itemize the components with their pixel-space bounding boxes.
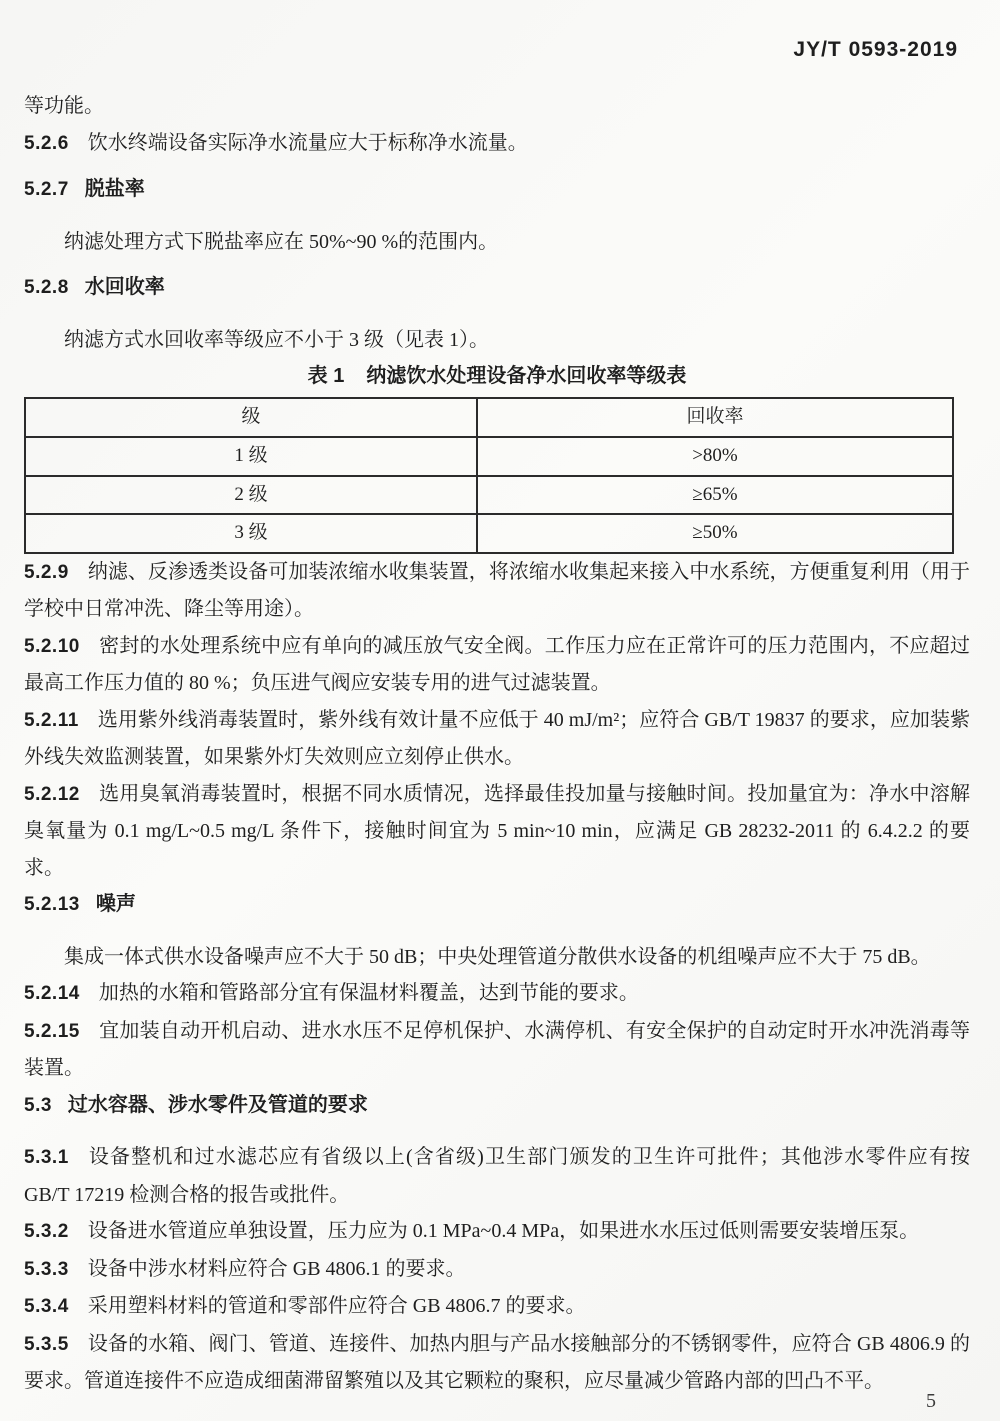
clause-number: 5.3.4 bbox=[24, 1296, 69, 1317]
cell-level-2: 2 级 bbox=[25, 476, 477, 515]
heading-text: 水回收率 bbox=[85, 276, 165, 298]
heading-text: 噪声 bbox=[96, 893, 136, 915]
page-number: 5 bbox=[926, 1383, 936, 1420]
clause-5-2-15: 5.2.15宜加装自动开机启动、进水水压不足停机保护、水满停机、有安全保护的自动… bbox=[24, 1013, 970, 1087]
clause-number: 5.2.6 bbox=[24, 133, 69, 154]
clause-5-3-1: 5.3.1设备整机和过水滤芯应有省级以上(含省级)卫生部门颁发的卫生许可批件；其… bbox=[24, 1139, 970, 1213]
clause-5-2-10: 5.2.10密封的水处理系统中应有单向的减压放气安全阀。工作压力应在正常许可的压… bbox=[24, 628, 970, 702]
heading-5-2-8: 5.2.8水回收率 bbox=[24, 269, 970, 307]
clause-number: 5.2.13 bbox=[24, 894, 80, 915]
clause-5-2-6: 5.2.6饮水终端设备实际净水流量应大于标称净水流量。 bbox=[24, 125, 970, 163]
clause-text: 选用臭氧消毒装置时，根据不同水质情况，选择最佳投加量与接触时间。投加量宜为：净水… bbox=[24, 783, 970, 879]
clause-number: 5.3.3 bbox=[24, 1259, 69, 1280]
cell-rate-1: >80% bbox=[477, 437, 953, 476]
table-1-title: 表 1纳滤饮水处理设备净水回收率等级表 bbox=[24, 364, 970, 388]
heading-5-2-7: 5.2.7脱盐率 bbox=[24, 171, 970, 209]
clause-text: 设备整机和过水滤芯应有省级以上(含省级)卫生部门颁发的卫生许可批件；其他涉水零件… bbox=[24, 1146, 970, 1206]
table-1: 级 回收率 1 级 >80% 2 级 ≥65% 3 级 ≥50% bbox=[24, 397, 954, 554]
clause-number: 5.3.5 bbox=[24, 1334, 69, 1355]
clause-text: 设备进水管道应单独设置，压力应为 0.1 MPa~0.4 MPa，如果进水水压过… bbox=[88, 1220, 919, 1242]
document-page: JY/T 0593-2019 等功能。 5.2.6饮水终端设备实际净水流量应大于… bbox=[0, 0, 1000, 1421]
clause-text: 纳滤、反渗透类设备可加装浓缩水收集装置，将浓缩水收集起来接入中水系统，方便重复利… bbox=[24, 561, 970, 621]
table-title-text: 纳滤饮水处理设备净水回收率等级表 bbox=[366, 365, 686, 387]
clause-5-3-5: 5.3.5设备的水箱、阀门、管道、连接件、加热内胆与产品水接触部分的不锈钢零件，… bbox=[24, 1326, 970, 1400]
clause-number: 5.3.1 bbox=[24, 1147, 69, 1168]
clause-text: 选用紫外线消毒装置时，紫外线有效计量不应低于 40 mJ/m²；应符合 GB/T… bbox=[24, 709, 970, 769]
paragraph-5-2-13: 集成一体式供水设备噪声应不大于 50 dB；中央处理管道分散供水设备的机组噪声应… bbox=[24, 939, 970, 976]
clause-5-3-4: 5.3.4采用塑料材料的管道和零部件应符合 GB 4806.7 的要求。 bbox=[24, 1288, 970, 1326]
clause-number: 5.2.9 bbox=[24, 562, 69, 583]
clause-number: 5.3 bbox=[24, 1095, 52, 1116]
cell-level-1: 1 级 bbox=[25, 437, 477, 476]
heading-5-3: 5.3过水容器、涉水零件及管道的要求 bbox=[24, 1087, 970, 1125]
clause-text: 宜加装自动开机启动、进水水压不足停机保护、水满停机、有安全保护的自动定时开水冲洗… bbox=[24, 1020, 970, 1080]
table-row: 2 级 ≥65% bbox=[25, 476, 953, 515]
clause-number: 5.2.14 bbox=[24, 983, 80, 1004]
clause-number: 5.2.11 bbox=[24, 710, 79, 731]
column-header-level: 级 bbox=[25, 398, 477, 437]
table-label: 表 1 bbox=[308, 365, 345, 387]
cell-level-3: 3 级 bbox=[25, 514, 477, 553]
clause-text: 饮水终端设备实际净水流量应大于标称净水流量。 bbox=[88, 132, 528, 154]
clause-5-2-11: 5.2.11选用紫外线消毒装置时，紫外线有效计量不应低于 40 mJ/m²；应符… bbox=[24, 702, 970, 776]
cell-rate-2: ≥65% bbox=[477, 476, 953, 515]
clause-text: 设备中涉水材料应符合 GB 4806.1 的要求。 bbox=[88, 1258, 466, 1280]
heading-text: 过水容器、涉水零件及管道的要求 bbox=[68, 1094, 368, 1116]
clause-number: 5.2.10 bbox=[24, 636, 80, 657]
table-row: 3 级 ≥50% bbox=[25, 514, 953, 553]
clause-5-2-12: 5.2.12选用臭氧消毒装置时，根据不同水质情况，选择最佳投加量与接触时间。投加… bbox=[24, 776, 970, 887]
clause-text: 设备的水箱、阀门、管道、连接件、加热内胆与产品水接触部分的不锈钢零件，应符合 G… bbox=[24, 1333, 970, 1393]
clause-text: 采用塑料材料的管道和零部件应符合 GB 4806.7 的要求。 bbox=[88, 1295, 586, 1317]
column-header-recovery-rate: 回收率 bbox=[477, 398, 953, 437]
clause-number: 5.2.15 bbox=[24, 1021, 80, 1042]
heading-text: 脱盐率 bbox=[85, 178, 145, 200]
paragraph-5-2-7: 纳滤处理方式下脱盐率应在 50%~90 %的范围内。 bbox=[24, 224, 970, 261]
table-row: 1 级 >80% bbox=[25, 437, 953, 476]
paragraph-5-2-8: 纳滤方式水回收率等级应不小于 3 级（见表 1）。 bbox=[24, 322, 970, 359]
clause-5-2-14: 5.2.14加热的水箱和管路部分宜有保温材料覆盖，达到节能的要求。 bbox=[24, 975, 970, 1013]
cell-rate-3: ≥50% bbox=[477, 514, 953, 553]
clause-5-3-3: 5.3.3设备中涉水材料应符合 GB 4806.1 的要求。 bbox=[24, 1251, 970, 1289]
heading-5-2-13: 5.2.13噪声 bbox=[24, 886, 970, 924]
clause-number: 5.2.8 bbox=[24, 277, 69, 298]
clause-text: 加热的水箱和管路部分宜有保温材料覆盖，达到节能的要求。 bbox=[99, 982, 639, 1004]
doc-code-header: JY/T 0593-2019 bbox=[24, 38, 970, 62]
clause-5-3-2: 5.3.2设备进水管道应单独设置，压力应为 0.1 MPa~0.4 MPa，如果… bbox=[24, 1213, 970, 1251]
clause-5-2-9: 5.2.9纳滤、反渗透类设备可加装浓缩水收集装置，将浓缩水收集起来接入中水系统，… bbox=[24, 554, 970, 628]
clause-number: 5.2.7 bbox=[24, 179, 69, 200]
clause-text: 密封的水处理系统中应有单向的减压放气安全阀。工作压力应在正常许可的压力范围内，不… bbox=[24, 635, 970, 695]
clause-number: 5.3.2 bbox=[24, 1221, 69, 1242]
clause-number: 5.2.12 bbox=[24, 784, 80, 805]
intro-tail-paragraph: 等功能。 bbox=[24, 88, 970, 125]
table-header-row: 级 回收率 bbox=[25, 398, 953, 437]
